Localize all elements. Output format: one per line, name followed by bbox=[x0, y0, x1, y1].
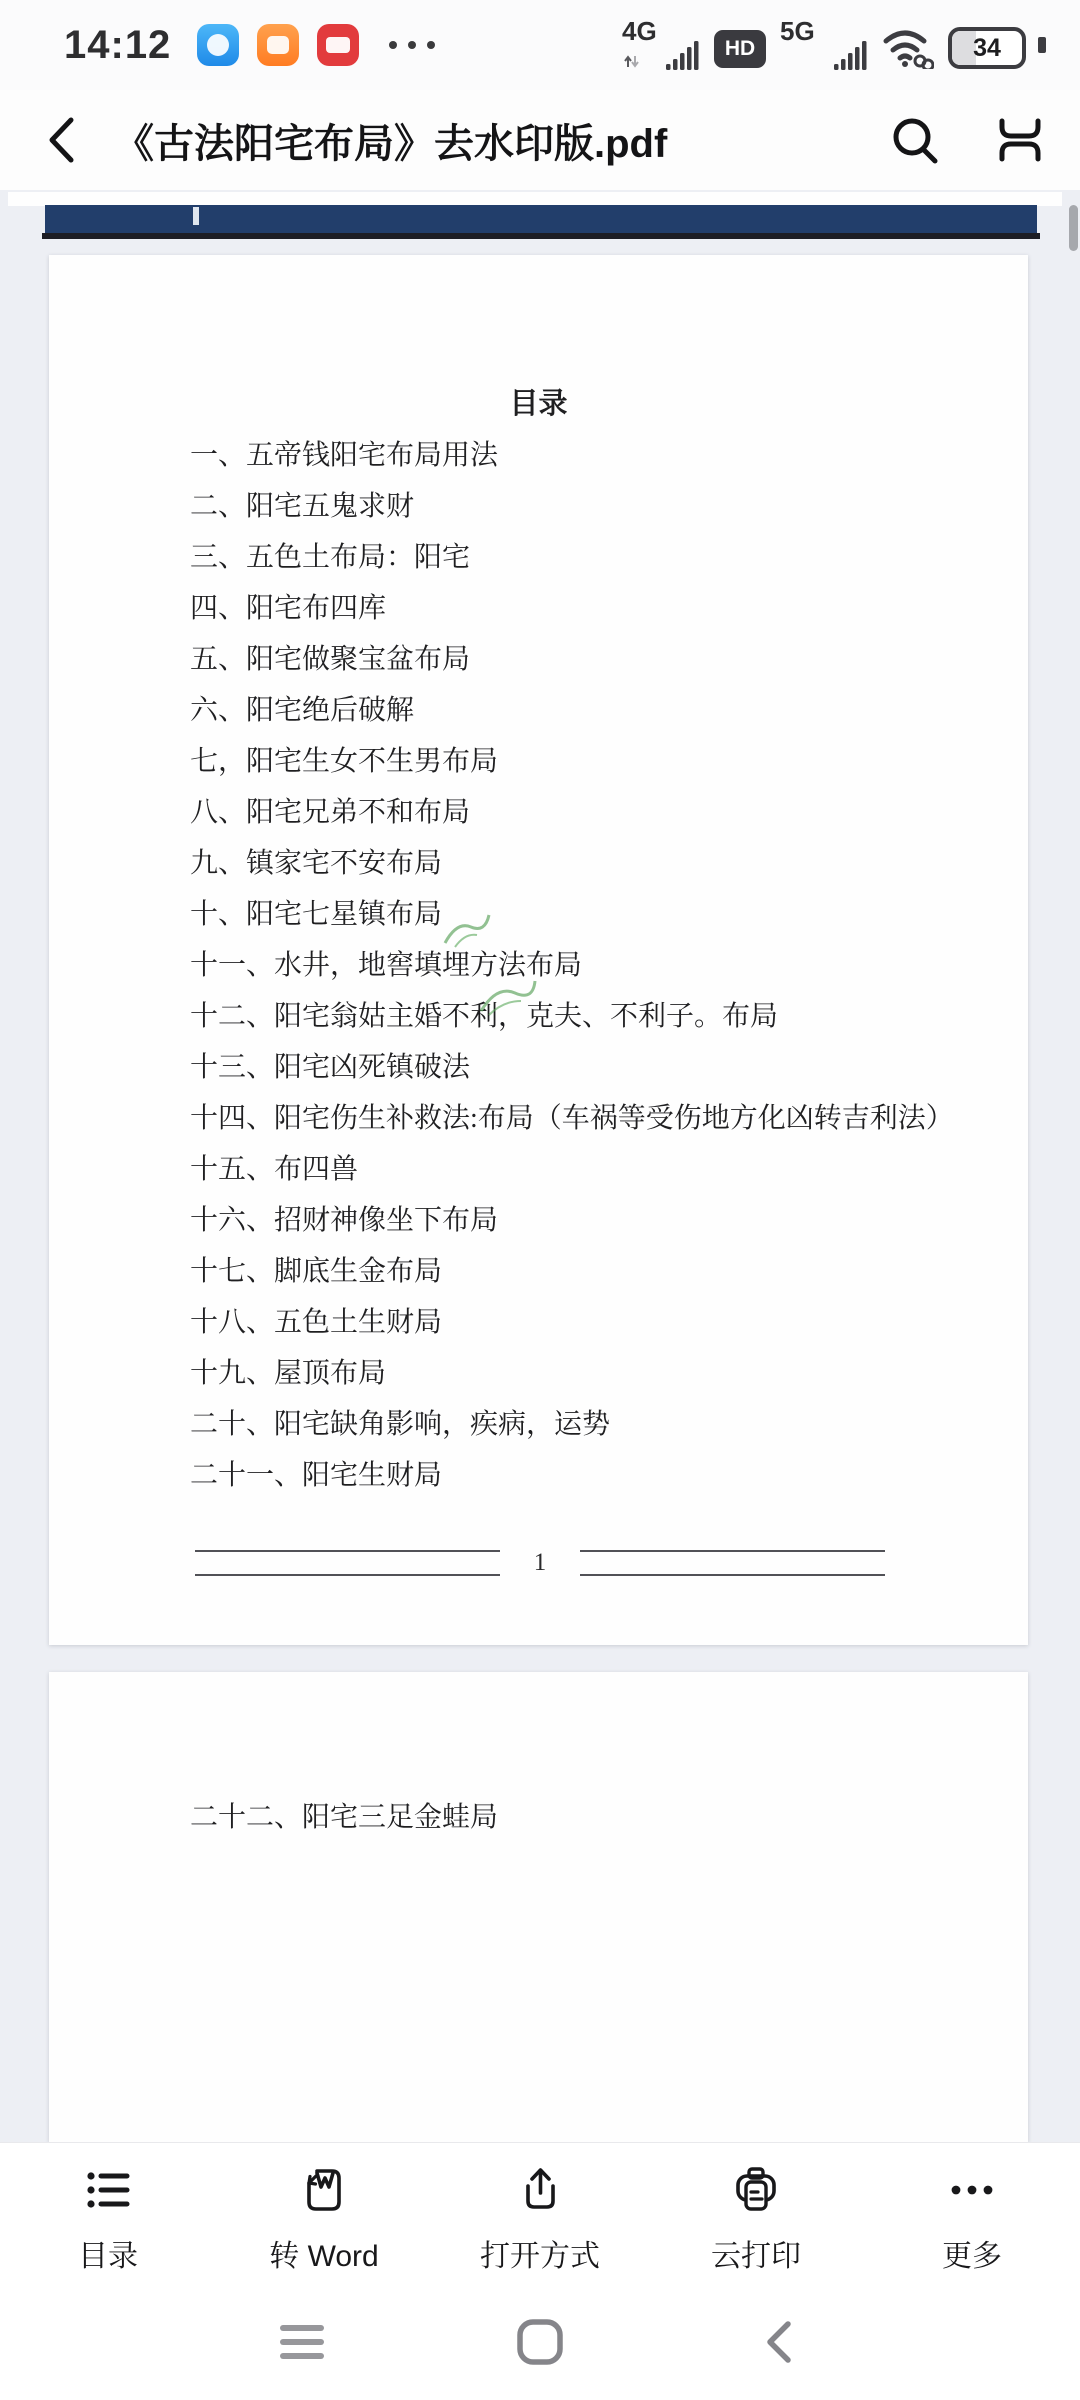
float-window-button[interactable] bbox=[994, 114, 1046, 166]
toc-item: 十三、阳宅凶死镇破法 bbox=[190, 1042, 998, 1093]
footer-rule-left bbox=[195, 1550, 500, 1576]
status-bar: 14:12 4G HD bbox=[0, 0, 1080, 90]
recents-button[interactable] bbox=[278, 2318, 326, 2366]
toc-item: 二、阳宅五鬼求财 bbox=[190, 481, 998, 532]
toc-item: 十七、脚底生金布局 bbox=[190, 1246, 998, 1297]
notification-app-icon-blue bbox=[197, 24, 239, 66]
toc-heading: 目录 bbox=[49, 385, 1028, 423]
toc-item: 十六、招财神像坐下布局 bbox=[190, 1195, 998, 1246]
home-square-icon bbox=[516, 2319, 564, 2365]
signal-bars-icon bbox=[834, 40, 868, 70]
back-chevron-icon bbox=[44, 114, 78, 166]
watermark-artifact bbox=[441, 907, 493, 951]
network-5g-label: 5G bbox=[780, 16, 815, 47]
to-word-icon bbox=[300, 2166, 348, 2214]
signal-bars-icon bbox=[666, 40, 700, 70]
toolbar-label: 更多 bbox=[942, 2231, 1002, 2275]
notification-app-icon-red bbox=[317, 24, 359, 66]
search-button[interactable] bbox=[888, 113, 942, 167]
toolbar-label: 目录 bbox=[78, 2231, 138, 2275]
toolbar-open-with-button[interactable]: 打开方式 bbox=[432, 2143, 648, 2313]
battery-nub bbox=[1038, 37, 1046, 53]
footer-rule-right bbox=[580, 1550, 885, 1576]
back-button[interactable] bbox=[44, 114, 78, 166]
app-glyph bbox=[326, 37, 350, 53]
page-footer: 1 bbox=[195, 1550, 885, 1576]
watermark-artifact bbox=[477, 977, 537, 1017]
toc-item: 五、阳宅做聚宝盆布局 bbox=[190, 634, 998, 685]
toc-item: 十五、布四兽 bbox=[190, 1144, 998, 1195]
system-nav-bar bbox=[0, 2312, 1080, 2400]
bottom-toolbar: 目录 转 Word 打开方式 bbox=[0, 2142, 1080, 2313]
toc-item: 二十、阳宅缺角影响，疾病，运势 bbox=[190, 1399, 998, 1450]
search-icon bbox=[888, 113, 942, 167]
toc-item: 一、五帝钱阳宅布局用法 bbox=[190, 430, 998, 481]
notification-icons bbox=[197, 24, 359, 66]
open-with-icon bbox=[516, 2166, 564, 2214]
system-back-button[interactable] bbox=[754, 2318, 802, 2366]
toc-item: 四、阳宅布四库 bbox=[190, 583, 998, 634]
toolbar-cloud-print-button[interactable]: 云打印 bbox=[648, 2143, 864, 2313]
status-indicators: 4G HD 5G bbox=[622, 18, 1034, 72]
hd-voice-badge: HD bbox=[714, 30, 766, 68]
toc-icon bbox=[84, 2166, 132, 2214]
toolbar-label: 云打印 bbox=[711, 2231, 801, 2275]
network-4g-label: 4G bbox=[622, 16, 657, 47]
app-glyph bbox=[207, 34, 229, 56]
phone-screen: 14:12 4G HD bbox=[0, 0, 1080, 2400]
document-title: 《古法阳宅布局》去水印版.pdf bbox=[114, 112, 888, 169]
toc-item: 三、五色土布局：阳宅 bbox=[190, 532, 998, 583]
toolbar-label: 转 Word bbox=[269, 2231, 378, 2275]
page-number: 1 bbox=[528, 1549, 553, 1577]
signal-sim1: 4G bbox=[622, 18, 700, 72]
toc-item: 十一、水井，地窖填埋方法布局 bbox=[190, 940, 998, 991]
float-window-icon bbox=[994, 114, 1046, 166]
battery-indicator: 34 bbox=[948, 27, 1026, 69]
toc-item: 九、镇家宅不安布局 bbox=[190, 838, 998, 889]
clock: 14:12 bbox=[64, 23, 171, 68]
toc-item: 十二、阳宅翁姑主婚不利，克夫、不利子。布局 bbox=[190, 991, 998, 1042]
cloud-print-icon bbox=[732, 2166, 780, 2214]
data-activity-arrows-icon bbox=[624, 53, 640, 69]
more-notifications-icon bbox=[389, 41, 435, 49]
toc-list: 一、五帝钱阳宅布局用法 二、阳宅五鬼求财 三、五色土布局：阳宅 四、阳宅布四库 … bbox=[190, 430, 998, 1501]
toc-item: 二十一、阳宅生财局 bbox=[190, 1450, 998, 1501]
toc-item: 二十二、阳宅三足金蛙局 bbox=[190, 1792, 498, 1843]
pdf-viewer[interactable]: 目录 一、五帝钱阳宅布局用法 二、阳宅五鬼求财 三、五色土布局：阳宅 四、阳宅布… bbox=[0, 190, 1080, 2142]
title-bar: 《古法阳宅布局》去水印版.pdf bbox=[0, 90, 1080, 190]
banner-mark bbox=[193, 207, 199, 225]
battery-percent: 34 bbox=[952, 31, 1022, 65]
more-icon bbox=[948, 2166, 996, 2214]
toc-item: 十八、五色土生财局 bbox=[190, 1297, 998, 1348]
toc-item: 十四、阳宅伤生补救法:布局（车祸等受伤地方化凶转吉利法） bbox=[190, 1093, 998, 1144]
pdf-page-2: 二十二、阳宅三足金蛙局 bbox=[49, 1672, 1028, 2142]
app-glyph bbox=[267, 36, 289, 54]
toc-item: 八、阳宅兄弟不和布局 bbox=[190, 787, 998, 838]
toc-item: 六、阳宅绝后破解 bbox=[190, 685, 998, 736]
previous-page-edge-shadow bbox=[42, 233, 1040, 239]
toolbar-label: 打开方式 bbox=[480, 2231, 600, 2275]
toolbar-to-word-button[interactable]: 转 Word bbox=[216, 2143, 432, 2313]
pdf-page-1: 目录 一、五帝钱阳宅布局用法 二、阳宅五鬼求财 三、五色土布局：阳宅 四、阳宅布… bbox=[49, 255, 1028, 1645]
notification-app-icon-orange bbox=[257, 24, 299, 66]
previous-page-banner bbox=[45, 205, 1037, 233]
toolbar-toc-button[interactable]: 目录 bbox=[0, 2143, 216, 2313]
signal-sim2: 5G bbox=[780, 18, 868, 72]
toolbar-more-button[interactable]: 更多 bbox=[864, 2143, 1080, 2313]
toc-item: 十九、屋顶布局 bbox=[190, 1348, 998, 1399]
previous-page-bottom bbox=[8, 192, 1062, 206]
home-button[interactable] bbox=[516, 2318, 564, 2366]
scrollbar-thumb[interactable] bbox=[1069, 205, 1078, 251]
wifi-icon bbox=[882, 27, 934, 69]
toc-item: 十、阳宅七星镇布局 bbox=[190, 889, 998, 940]
menu-icon bbox=[280, 2320, 324, 2364]
toc-item: 七，阳宅生女不生男布局 bbox=[190, 736, 998, 787]
back-chevron-icon bbox=[760, 2319, 796, 2365]
